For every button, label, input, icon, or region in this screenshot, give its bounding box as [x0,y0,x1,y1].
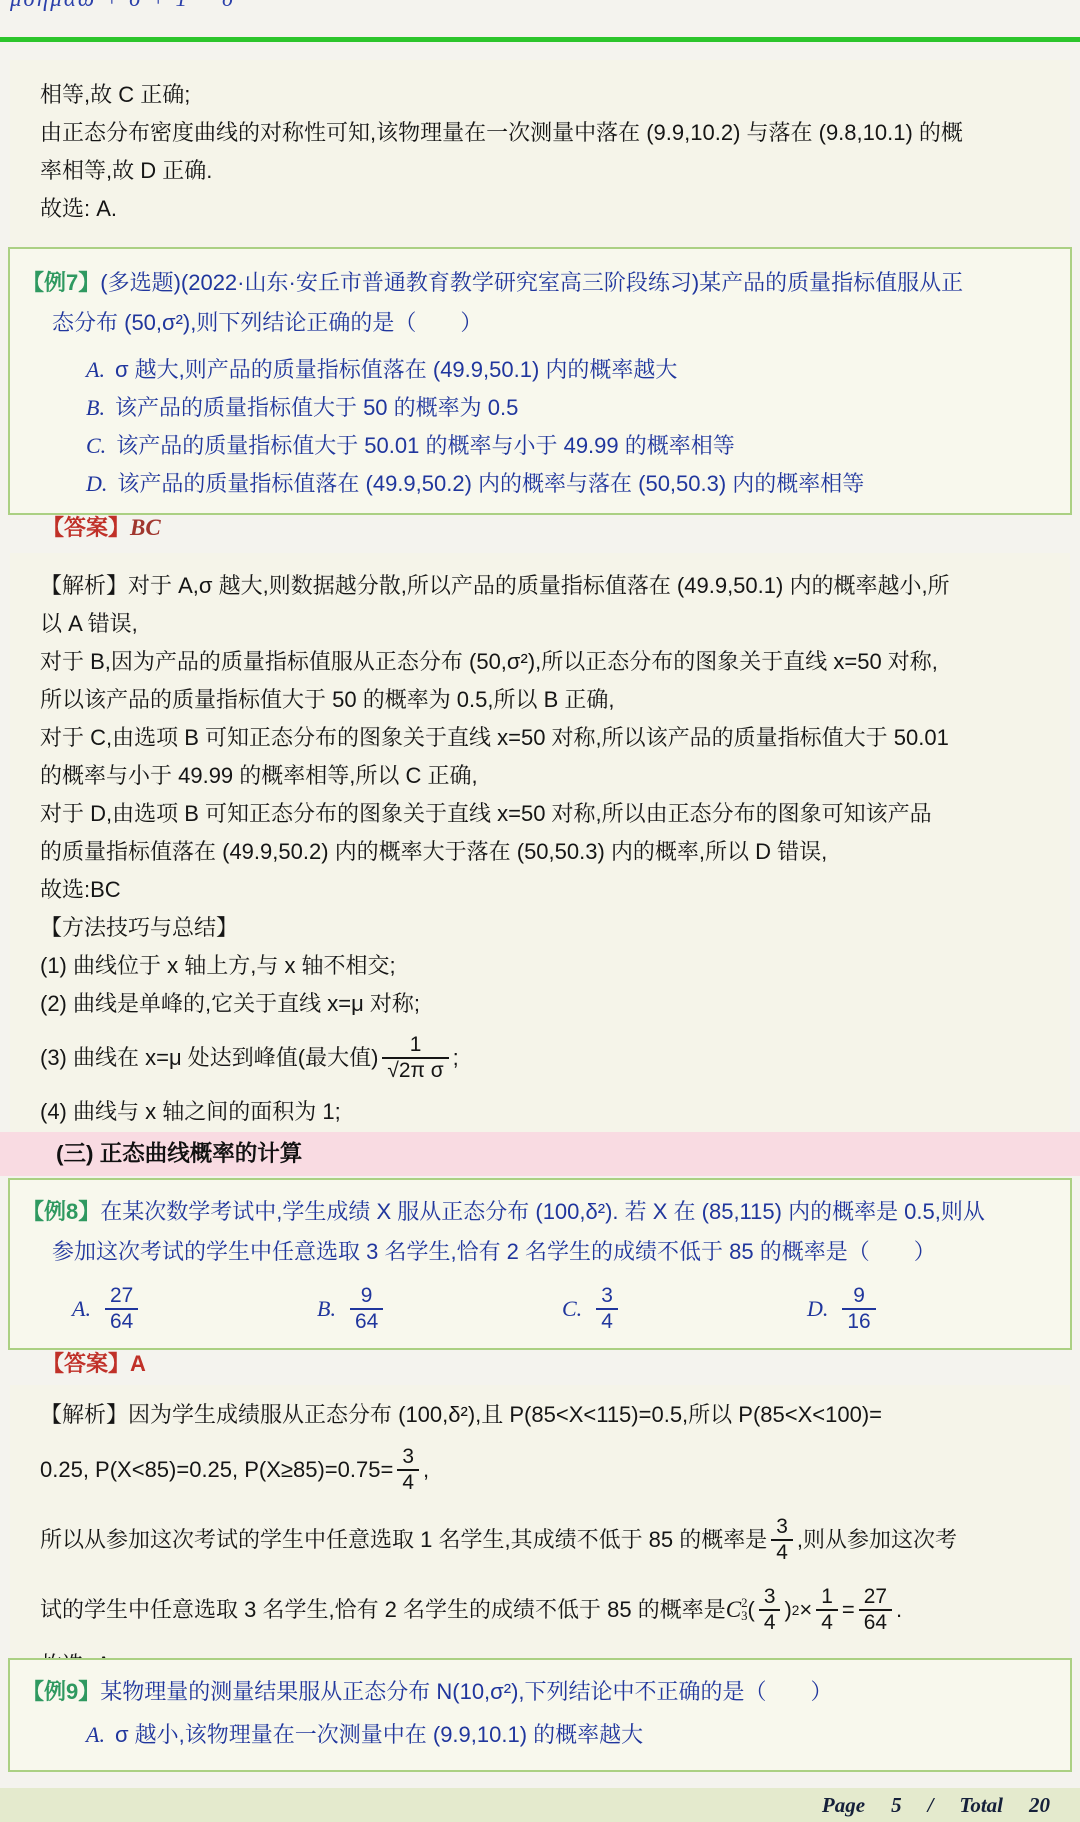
option-row: A.σ 越小,该物理量在一次测量中在 (9.9,10.1) 的概率越大 [86,1716,1058,1754]
footer-page-label: Page [822,1793,865,1818]
fraction: 2764 [859,1585,892,1635]
text-line: (3) 曲线在 x=μ 处达到峰值(最大值)1√2π σ; [40,1023,1044,1093]
text-line: 故选: A. [40,190,1044,228]
document-page: μσημαω + σ + 1 − δ 相等,故 C 正确;由正态分布密度曲线的对… [0,0,1080,1822]
example7-title-line2: 态分布 (50,σ²),则下列结论正确的是（ ） [22,303,1058,343]
example8-title-line2: 参加这次考试的学生中任意选取 3 名学生,恰有 2 名学生的成绩不低于 85 的… [22,1232,1058,1272]
example7-title-line1: 【例7】(多选题)(2022·山东·安丘市普通教育教学研究室高三阶段练习)某产品… [22,263,1058,303]
option-row: A.2764 [72,1284,317,1334]
fraction: 1√2π σ [382,1033,448,1083]
analysis7-block: 【解析】对于 A,σ 越大,则数据越分散,所以产品的质量指标值落在 (49.9,… [10,553,1070,1143]
example9-label: 【例9】 [22,1679,100,1704]
example9-box: 【例9】某物理量的测量结果服从正态分布 N(10,σ²),下列结论中不正确的是（… [8,1658,1072,1772]
option-letter: C. [86,433,106,458]
answer7-value: BC [130,515,161,540]
clipped-formula-region: μσημαω + σ + 1 − δ [0,0,1080,15]
answer7-label: 【答案】 [42,515,130,540]
example8-title-line1: 【例8】在某次数学考试中,学生成绩 X 服从正态分布 (100,δ²). 若 X… [22,1192,1058,1232]
example7-options: A.σ 越大,则产品的质量指标值落在 (49.9,50.1) 内的概率越大B.该… [22,351,1058,503]
fraction: 964 [350,1284,383,1334]
solution-block-previous: 相等,故 C 正确;由正态分布密度曲线的对称性可知,该物理量在一次测量中落在 (… [10,60,1070,254]
text-line: 相等,故 C 正确; [40,76,1044,114]
text-line: 【解析】对于 A,σ 越大,则数据越分散,所以产品的质量指标值落在 (49.9,… [40,567,1044,605]
text-line: 【方法技巧与总结】 [40,909,1044,947]
fraction: 34 [771,1515,793,1565]
answer8-label: 【答案】 [42,1351,130,1376]
fraction: 34 [596,1284,618,1334]
text-line: (1) 曲线位于 x 轴上方,与 x 轴不相交; [40,947,1044,985]
fraction: 916 [842,1284,875,1334]
text-line: 故选:BC [40,871,1044,909]
option-letter: A. [86,357,105,382]
text-line: 试的学生中任意选取 3 名学生,恰有 2 名学生的成绩不低于 85 的概率是 C… [40,1575,1044,1645]
text-line: (4) 曲线与 x 轴之间的面积为 1; [40,1093,1044,1131]
combination-symbol: C23 [726,1597,748,1624]
top-divider-rule [0,37,1080,42]
analysis8-lines: 【解析】因为学生成绩服从正态分布 (100,δ²),且 P(85<X<115)=… [40,1395,1044,1685]
option-text: 该产品的质量指标值大于 50 的概率为 0.5 [115,395,518,420]
option-row: B.该产品的质量指标值大于 50 的概率为 0.5 [86,389,1058,427]
example7-box: 【例7】(多选题)(2022·山东·安丘市普通教育教学研究室高三阶段练习)某产品… [8,247,1072,515]
example7-label: 【例7】 [22,270,100,295]
example8-label: 【例8】 [22,1199,100,1224]
text-line: 的概率与小于 49.99 的概率相等,所以 C 正确, [40,757,1044,795]
option-row: D.该产品的质量指标值落在 (49.9,50.2) 内的概率与落在 (50,50… [86,465,1058,503]
fraction: 2764 [105,1284,138,1334]
footer-page-number: 5 [891,1793,902,1818]
text-line: 率相等,故 D 正确. [40,152,1044,190]
text-line: 由正态分布密度曲线的对称性可知,该物理量在一次测量中落在 (9.9,10.2) … [40,114,1044,152]
solution-lines: 相等,故 C 正确;由正态分布密度曲线的对称性可知,该物理量在一次测量中落在 (… [40,76,1044,228]
text-line: 【解析】因为学生成绩服从正态分布 (100,δ²),且 P(85<X<115)=… [40,1395,1044,1435]
answer8-line: 【答案】A [42,1347,146,1378]
option-letter: B. [317,1296,336,1322]
option-text: σ 越小,该物理量在一次测量中在 (9.9,10.1) 的概率越大 [115,1722,643,1747]
option-letter: B. [86,395,105,420]
example9-options: A.σ 越小,该物理量在一次测量中在 (9.9,10.1) 的概率越大 [22,1716,1058,1754]
footer-total-label: Total [959,1793,1003,1818]
text-line: 的质量指标值落在 (49.9,50.2) 内的概率大于落在 (50,50.3) … [40,833,1044,871]
option-text: 该产品的质量指标值大于 50.01 的概率与小于 49.99 的概率相等 [116,433,735,458]
example7-title-text: (多选题)(2022·山东·安丘市普通教育教学研究室高三阶段练习)某产品的质量指… [100,270,963,295]
option-letter: A. [72,1296,91,1322]
option-text: σ 越大,则产品的质量指标值落在 (49.9,50.1) 内的概率越大 [115,357,677,382]
text-line: 所以该产品的质量指标值大于 50 的概率为 0.5,所以 B 正确, [40,681,1044,719]
option-letter: D. [86,471,107,496]
text-line: 对于 B,因为产品的质量指标值服从正态分布 (50,σ²),所以正态分布的图象关… [40,643,1044,681]
option-letter: C. [562,1296,582,1322]
option-row: C.34 [562,1284,807,1334]
answer8-value: A [130,1351,146,1376]
fraction: 14 [816,1585,838,1635]
answer7-line: 【答案】BC [42,511,161,542]
section3-heading: (三) 正态曲线概率的计算 [0,1132,1080,1176]
analysis7-lines: 【解析】对于 A,σ 越大,则数据越分散,所以产品的质量指标值落在 (49.9,… [40,567,1044,1131]
text-line: 对于 C,由选项 B 可知正态分布的图象关于直线 x=50 对称,所以该产品的质… [40,719,1044,757]
section3-band: (三) 正态曲线概率的计算 [0,1132,1080,1176]
example8-box: 【例8】在某次数学考试中,学生成绩 X 服从正态分布 (100,δ²). 若 X… [8,1178,1072,1350]
example8-title-text: 在某次数学考试中,学生成绩 X 服从正态分布 (100,δ²). 若 X 在 (… [100,1199,985,1224]
footer-band: Page 5 / Total 20 [0,1788,1080,1822]
example8-options: A.2764B.964C.34D.916 [22,1284,1058,1334]
option-row: B.964 [317,1284,562,1334]
text-line: 所以从参加这次考试的学生中任意选取 1 名学生,其成绩不低于 85 的概率是34… [40,1505,1044,1575]
text-line: 对于 D,由选项 B 可知正态分布的图象关于直线 x=50 对称,所以由正态分布… [40,795,1044,833]
option-text: 该产品的质量指标值落在 (49.9,50.2) 内的概率与落在 (50,50.3… [117,471,864,496]
footer-total-number: 20 [1029,1793,1050,1818]
text-line: 0.25, P(X<85)=0.25, P(X≥85)=0.75=34, [40,1435,1044,1505]
option-letter: D. [807,1296,828,1322]
fraction: 34 [397,1445,419,1495]
fraction: 34 [759,1585,781,1635]
example9-title-text: 某物理量的测量结果服从正态分布 N(10,σ²),下列结论中不正确的是（ ） [100,1679,832,1704]
example9-title-line1: 【例9】某物理量的测量结果服从正态分布 N(10,σ²),下列结论中不正确的是（… [22,1672,1058,1712]
analysis8-block: 【解析】因为学生成绩服从正态分布 (100,δ²),且 P(85<X<115)=… [10,1385,1070,1660]
option-letter: A. [86,1722,105,1747]
option-row: C.该产品的质量指标值大于 50.01 的概率与小于 49.99 的概率相等 [86,427,1058,465]
option-row: A.σ 越大,则产品的质量指标值落在 (49.9,50.1) 内的概率越大 [86,351,1058,389]
text-line: 以 A 错误, [40,605,1044,643]
text-line: (2) 曲线是单峰的,它关于直线 x=μ 对称; [40,985,1044,1023]
footer-separator: / [928,1793,934,1818]
clipped-formula-text: μσημαω + σ + 1 − δ [10,0,1080,12]
option-row: D.916 [807,1284,1052,1334]
